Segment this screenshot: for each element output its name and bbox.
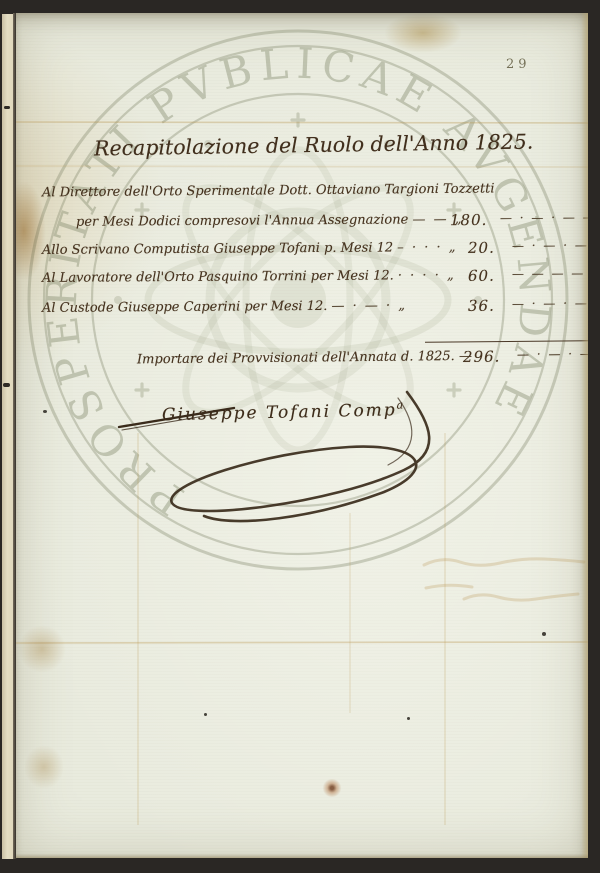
page-edge-highlight <box>581 13 588 858</box>
page-edge-shadow <box>16 854 588 858</box>
ink-speck <box>407 717 410 720</box>
signature-flourish <box>16 13 588 858</box>
page: PROSPERITATI PVBLICAE AVGENDAE <box>16 13 588 858</box>
signature-lead-stroke <box>119 408 234 427</box>
ink-speck <box>204 713 207 716</box>
scanned-manuscript-page: PROSPERITATI PVBLICAE AVGENDAE <box>0 0 600 873</box>
signature-lead-stroke <box>122 414 216 430</box>
ink-speck <box>542 632 546 636</box>
ink-speck <box>43 410 47 413</box>
ink-speck <box>3 383 10 387</box>
ink-speck <box>4 106 10 109</box>
